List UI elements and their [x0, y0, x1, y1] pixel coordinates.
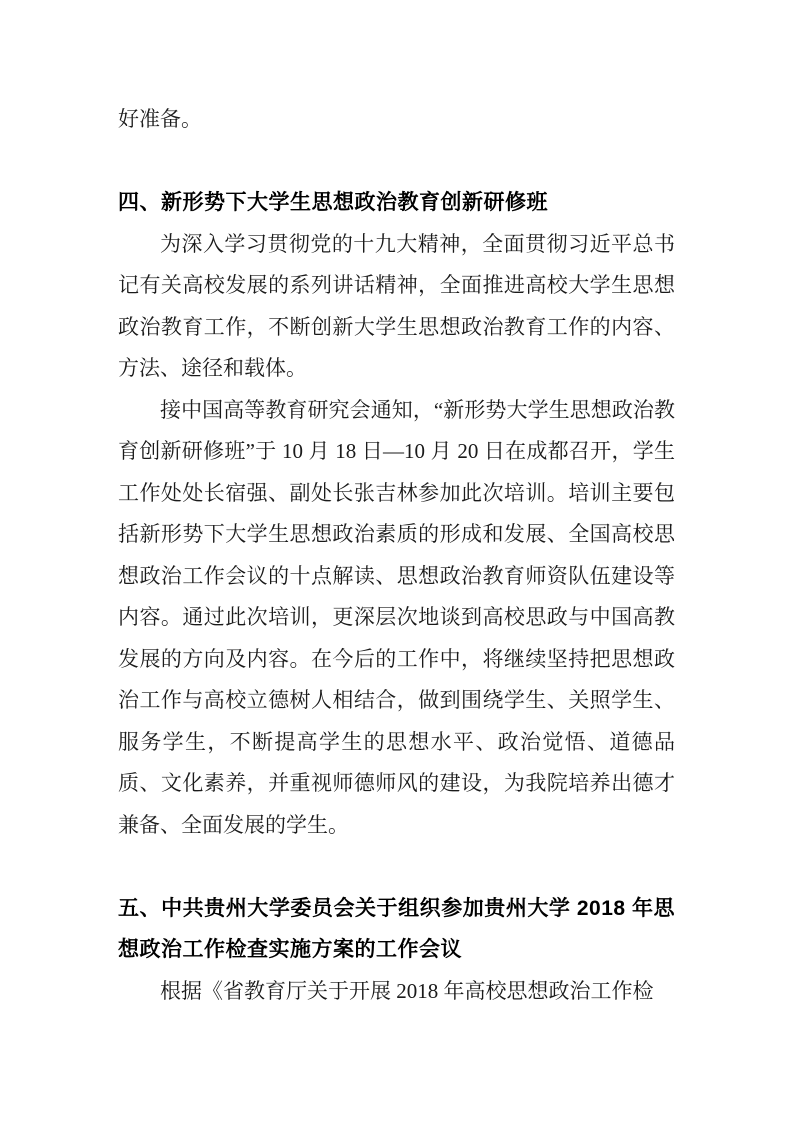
- paragraph-continuation: 好准备。: [118, 99, 675, 141]
- section-4-heading: 四、新形势下大学生思想政治教育创新研修班: [118, 182, 675, 224]
- section-5-heading: 五、中共贵州大学委员会关于组织参加贵州大学 2018 年思想政治工作检查实施方案…: [118, 888, 675, 971]
- section-5-paragraph-1: 根据《省教育厅关于开展 2018 年高校思想政治工作检: [118, 971, 675, 1013]
- document-page: 好准备。 四、新形势下大学生思想政治教育创新研修班 为深入学习贯彻党的十九大精神…: [0, 0, 793, 1122]
- page-content: 好准备。 四、新形势下大学生思想政治教育创新研修班 为深入学习贯彻党的十九大精神…: [118, 99, 675, 1012]
- section-4-paragraph-1: 为深入学习贯彻党的十九大精神，全面贯彻习近平总书记有关高校发展的系列讲话精神，全…: [118, 224, 675, 390]
- section-4-paragraph-2: 接中国高等教育研究会通知，“新形势大学生思想政治教育创新研修班”于 10 月 1…: [118, 390, 675, 847]
